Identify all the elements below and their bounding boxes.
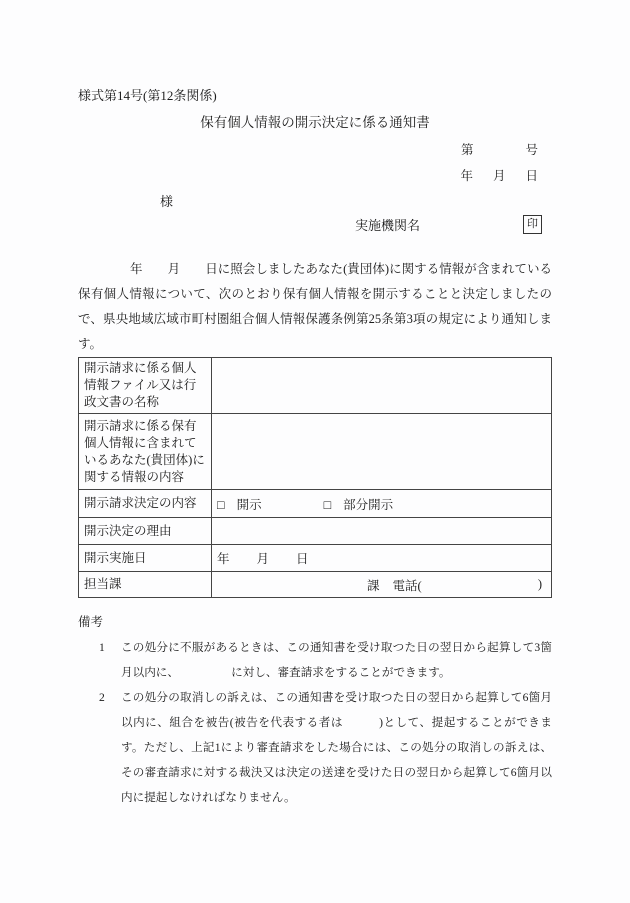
note-item-2: 2この処分の取消しの訴えは、この通知書を受け取つた日の翌日から起算して6箇月以内… bbox=[78, 685, 552, 810]
note-item-1: 1この処分に不服があるときは、この通知書を受け取つた日の翌日から起算して3箇月以… bbox=[78, 635, 552, 685]
notes-heading: 備考 bbox=[78, 612, 552, 630]
note-1-text: この処分に不服があるときは、この通知書を受け取つた日の翌日から起算して3箇月以内… bbox=[121, 641, 552, 679]
phone-close-paren: ) bbox=[538, 577, 542, 592]
document-number-line: 第号 bbox=[78, 140, 538, 158]
table-row-decision: 開示請求決定の内容 □開示□部分開示 bbox=[79, 490, 552, 518]
table-row-implementation-date: 開示実施日 年月日 bbox=[79, 545, 552, 572]
agency-line: 実施機関名 印 bbox=[78, 215, 552, 234]
seal-label: 印 bbox=[527, 219, 538, 230]
row-value-info-content bbox=[212, 414, 552, 490]
agency-name-label: 実施機関名 bbox=[355, 215, 420, 234]
row-label-reason: 開示決定の理由 bbox=[79, 518, 212, 545]
notice-form-page: 様式第14号(第12条関係) 保有個人情報の開示決定に係る通知書 第号 年月日 … bbox=[0, 0, 630, 903]
note-1-number: 1 bbox=[99, 635, 105, 660]
row-label-file-name: 開示請求に係る個人情報ファイル又は行政文書の名称 bbox=[79, 358, 212, 414]
doc-number-suffix: 号 bbox=[525, 143, 538, 157]
phone-label: 電話( bbox=[393, 576, 422, 594]
disclosure-table: 開示請求に係る個人情報ファイル又は行政文書の名称 開示請求に係る保有個人情報に含… bbox=[78, 357, 552, 598]
seal-box: 印 bbox=[523, 215, 542, 234]
date-day-label: 日 bbox=[525, 169, 538, 183]
table-row-file-name: 開示請求に係る個人情報ファイル又は行政文書の名称 bbox=[79, 358, 552, 414]
row-label-contact: 担当課 bbox=[79, 572, 212, 598]
section-suffix-label: 課 bbox=[367, 576, 380, 594]
row-label-implementation-date: 開示実施日 bbox=[79, 545, 212, 572]
row-value-file-name bbox=[212, 358, 552, 414]
page-title: 保有個人情報の開示決定に係る通知書 bbox=[78, 111, 552, 131]
row-value-reason bbox=[212, 518, 552, 545]
impl-month-label: 月 bbox=[257, 552, 270, 566]
doc-number-prefix: 第 bbox=[461, 143, 474, 157]
table-row-info-content: 開示請求に係る保有個人情報に含まれているあなた(貴団体)に関する情報の内容 bbox=[79, 414, 552, 490]
date-month-label: 月 bbox=[493, 169, 506, 183]
note-2-number: 2 bbox=[99, 685, 105, 710]
table-row-contact: 担当課 課電話() bbox=[79, 572, 552, 598]
row-label-decision: 開示請求決定の内容 bbox=[79, 490, 212, 518]
option-label-partial-disclosure: 部分開示 bbox=[343, 498, 393, 512]
notification-paragraph: 年 月 日に照会しましたあなた(貴団体)に関する情報が含まれている保有個人情報に… bbox=[78, 257, 552, 357]
checkbox-partial-disclosure[interactable]: □ bbox=[324, 498, 332, 513]
decision-options-cell: □開示□部分開示 bbox=[212, 490, 552, 518]
table-row-reason: 開示決定の理由 bbox=[79, 518, 552, 545]
option-label-disclosure: 開示 bbox=[237, 498, 262, 512]
impl-year-label: 年 bbox=[217, 552, 230, 566]
impl-day-label: 日 bbox=[296, 552, 309, 566]
date-year-label: 年 bbox=[460, 169, 473, 183]
form-number: 様式第14号(第12条関係) bbox=[78, 85, 552, 104]
checkbox-disclosure[interactable]: □ bbox=[217, 498, 225, 513]
contact-flex: 課電話() bbox=[217, 576, 546, 594]
addressee-honorific: 様 bbox=[78, 191, 552, 210]
header-right-block: 第号 年月日 bbox=[78, 140, 552, 184]
implementation-date-cell: 年月日 bbox=[212, 545, 552, 572]
note-2-text: この処分の取消しの訴えは、この通知書を受け取つた日の翌日から起算して6箇月以内に… bbox=[121, 691, 552, 804]
row-label-info-content: 開示請求に係る保有個人情報に含まれているあなた(貴団体)に関する情報の内容 bbox=[79, 414, 212, 490]
contact-cell: 課電話() bbox=[212, 572, 552, 598]
issue-date-line: 年月日 bbox=[78, 166, 538, 184]
